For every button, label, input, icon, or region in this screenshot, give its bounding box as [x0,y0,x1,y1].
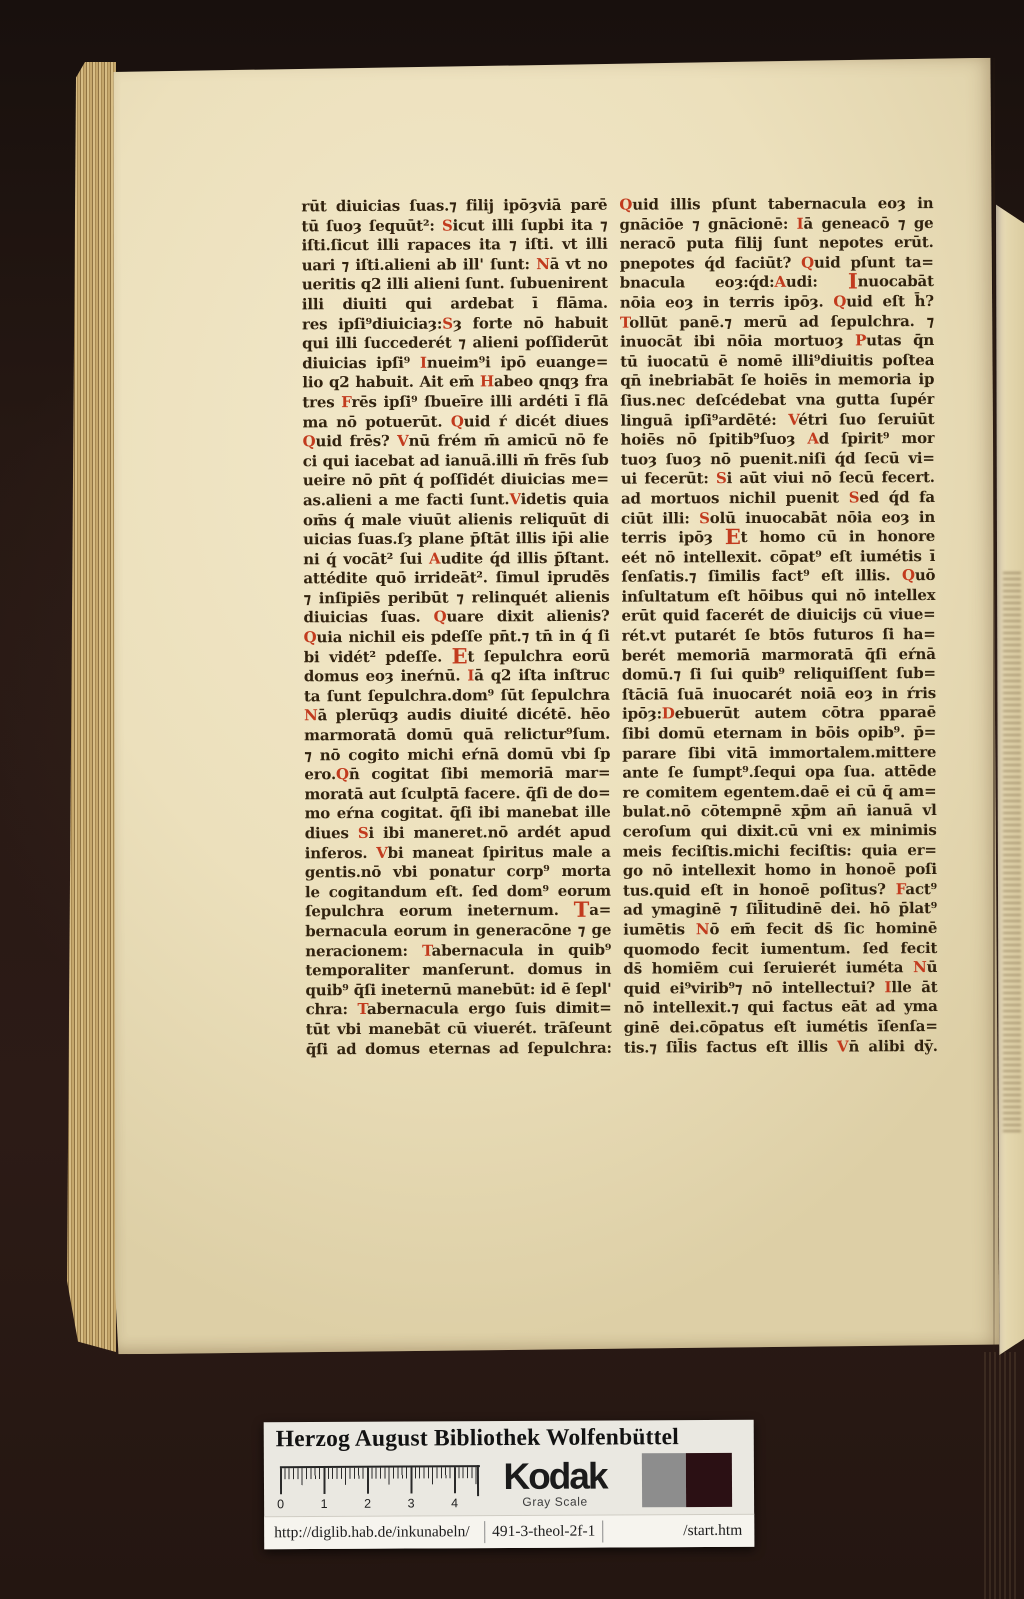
text-line: domū.⁊ ſi ſui quib⁹ reliquiſſent ſub= [622,664,936,685]
text-line: moratā aut ſculptā facere. q̄ſi de do= [304,784,610,805]
text-line: ciūt illi: Solū inuocabāt nōia eoȝ in [621,508,935,529]
rubric-initial: T [620,313,629,331]
rubric-initial: V [788,410,798,428]
gutter-crease [993,58,995,1354]
text-line: nōia eoȝ in terris ipōȝ. Quid eſt h̄? [620,292,934,313]
rubric-initial: S [358,824,369,842]
text-line: res ipſi⁹diuiciaȝ:Sȝ forte nō habuit [302,313,608,334]
text-line: uari ⁊ iſti.alieni ab ill' ſunt: Nā vt n… [302,254,608,275]
rubric-initial: I [467,667,474,685]
text-line: gnāciōe ⁊ gnācionē: Iā geneacō ⁊ ge [619,214,933,235]
text-line: quib⁹ q̄ſi ineternū manebūt: id ē ſepl' [305,979,611,1000]
rubric-initial: S [699,509,710,527]
text-line: Tollūt panē.⁊ merū ad ſepulchra. ⁊ [620,312,934,333]
text-line: ⁊ inſipiēs peribūt ⁊ relinquét alienis [303,588,609,609]
text-line: tuoȝ ſuoȝ nō puenit.niſi q́d ſecū vi= [621,449,935,470]
text-line: diuicias ſuas. Quare dixit alienis? [303,607,609,628]
rubric-initial: S [849,488,860,506]
library-color-card: Herzog August Bibliothek Wolfenbüttel 01… [264,1420,755,1550]
text-line: tis.⁊ ſil̄is factus eſt illis Vn̄ alibi … [624,1037,938,1058]
kodak-logo: Kodak [490,1460,620,1492]
text-column-right: Quid illis pſunt tabernacula eoȝ ingnāci… [619,194,938,1058]
text-line: uicias ſuas.ſȝ plane p̄ſtāt illis ip̄i a… [303,529,609,550]
text-line: tūt vbi manebāt cū viuerét. trāſeunt [306,1019,612,1040]
ruler-number: 3 [408,1496,415,1510]
rubric-initial: S [442,314,453,332]
rubric-initial: V [837,1037,849,1055]
text-line: quid ei⁹virib⁹⁊ nō intellectui? Ille āt [623,978,937,999]
rubric-initial: P [855,332,866,350]
text-line: quomodo fecit iumentum. ſed fecit [623,939,937,960]
text-line: meis feciſtis.michi feciſtis: quia er= [623,841,937,862]
rubric-initial: V [397,432,409,450]
text-line: ui fecerūt: Si aūt viui nō ſecū fecert. [621,468,935,489]
text-line: ginē dei.cōpatus eſt iumétis īſenſa= [624,1017,938,1038]
rubric-initial: Q [303,432,316,450]
ruler-number: 1 [321,1497,328,1511]
rubric-initial: E [725,527,741,548]
text-line: go nō intellexit homo in honoē poſi [623,860,937,881]
base-url: http://diglib.hab.de/inkunabeln/ [264,1523,484,1542]
text-line: terris ipōȝ Et homo cū in honore [621,527,935,548]
text-line: mo eŕna cogitat. q̄ſi ibi manebat ille [305,803,611,824]
rubric-initial: N [304,707,318,725]
text-line: lio q2 habuit. Ait em̄ Habeo qnqȝ fra [302,372,608,393]
text-line: parare ſibi vitā immortalem.mittere [622,743,936,764]
text-line: ſtāciā ſuā inuocarét noiā eoȝ in ŕris [622,684,936,705]
rubric-initial: Q [336,765,349,783]
rubric-initial: I [797,214,804,232]
ruler-number: 4 [451,1496,458,1510]
text-line: hoiēs nō ſpitib⁹ſuoȝ Ad ſpirit⁹ mor [621,429,935,450]
rubric-initial: Q [434,608,447,626]
text-line: bi vidét² pdeſſe. Et ſepulchra eorū [304,646,610,667]
text-line: qn̄ inebriabāt ſe hoiēs in memoria ip [620,370,934,391]
ruler-scale: 01234 [280,1465,492,1516]
text-line: temporaliter manſerunt. domus in [305,960,611,981]
text-line: neracionem: Tabernacula in quib⁹ [305,940,611,961]
ruler-cm-ticks [280,1467,478,1494]
rubric-initial: V [509,490,520,508]
text-line: Quid illis pſunt tabernacula eoȝ in [619,194,933,215]
text-line: ueire nō pn̄t q́ poſſidét diuicias me= [303,470,609,491]
text-line: rūt diuicias ſuas.⁊ filij ipōȝviā parē [301,196,607,217]
rubric-initial: D [662,705,675,723]
rubric-initial: S [716,469,727,487]
rubric-initial: I [848,272,858,293]
rubric-initial: E [452,646,468,667]
text-line: linguā ipſi⁹ardēté: Vétri ſuo ſeruiūt [620,410,934,431]
rubric-initial: N [913,958,927,976]
text-line: om̄s q́ male viuūt alienis reliquūt di [303,509,609,530]
text-line: Nā plerūqȝ audis diuité dicétē. hēo [304,705,610,726]
kodak-logo-block: Kodak Gray Scale [490,1460,620,1509]
shelfmark: 491-3-theol-2f-1 [485,1523,602,1542]
text-line: neracō puta filij ſunt nepotes erūt. [620,233,934,254]
rubric-initial: F [896,880,906,898]
text-line: as.alieni a me facti ſunt.Videtis quia [303,490,609,511]
text-line: attédite quō irrideāt². ſimul iprudēs [303,568,609,589]
text-line: tus.quid eſt in honoē poſitus? Fact⁹ [623,880,937,901]
library-name: Herzog August Bibliothek Wolfenbüttel [276,1424,746,1453]
text-line: tū ſuoȝ ſequūt²: Sicut illi ſupbi ita ⁊ [301,215,607,236]
text-column-left: rūt diuicias ſuas.⁊ filij ipōȝviā parētū… [301,196,612,1060]
text-line: ſibi domū eternam in bōis opib⁹. p̄= [622,723,936,744]
rubric-initial: Q [619,196,632,214]
text-line: bnacula eoȝ:q́d:Audi: Inuocabāt [620,272,934,293]
text-line: nō intellexit.⁊ qui factus eāt ad yma [624,997,938,1018]
text-line: ma nō potuerūt. Quid ŕ dicét diues [302,411,608,432]
text-line: Quia nichil eis pdeſſe pn̄t.⁊ tn̄ in q́ … [304,627,610,648]
text-line: qui illi ſuccederét ⁊ alieni poſſiderūt [302,333,608,354]
text-line: ⁊ nō cogito michi eŕnā domū vbi ſp [304,744,610,765]
text-line: ante ſe ſumpt⁹.ſequi opa ſua. attēde [622,762,936,783]
text-line: ipōȝ:Debuerūt autem cōtra pparaē [622,703,936,724]
text-line: pnepotes q́d faciūt? Quid pſunt ta= [620,253,934,274]
text-line: gentis.nō vbi ponatur corp⁹ morta [305,862,611,883]
text-line: ad mortuos nichil puenit Sed q́d fa [621,488,935,509]
text-line: iſti.ſicut illi rapaces ita ⁊ iſti. vt i… [302,235,608,256]
photo-of-incunable-page: rūt diuicias ſuas.⁊ filij ipōȝviā parētū… [0,0,1024,1599]
text-line: bernacula eorum in generacōne ⁊ ge [305,921,611,942]
rubric-initial: N [536,255,550,273]
text-line: chra: Tabernacula ergo ſuis dimit= [306,999,612,1020]
ruler-number: 2 [364,1497,371,1511]
text-line: ds̄ homiēm cui ſeruierét iuméta Nū [623,958,937,979]
rubric-initial: I [884,978,891,996]
rubric-initial: V [376,843,388,861]
text-line: ci qui iacebat ad ianuā.illi m̄ frēs ſub [303,450,609,471]
rubric-initial: N [696,920,710,938]
url-bar: http://diglib.hab.de/inkunabeln/ 491-3-t… [264,1514,754,1550]
text-line: berét memoriā marmoratā q̄ſi eŕnā [622,645,936,666]
rubric-initial: A [807,430,819,448]
text-line: bulat.nō cōtempnē xp̄m an̄ ianuā vl [623,801,937,822]
text-line: re comitem egentem.daē ei cū q̄ am= [622,782,936,803]
rubric-initial: Q [833,292,846,310]
rubric-initial: T [422,941,432,959]
rubric-initial: Q [902,566,915,584]
rubric-initial: S [442,216,453,234]
rubric-initial: H [480,373,494,391]
rubric-initial: Q [451,412,464,430]
gray-patch [642,1453,686,1507]
text-line: le cogitandum eſt. ſed dom⁹ eorum [305,881,611,902]
rubric-initial: T [574,901,590,922]
text-line: ſenſatis.⁊ ſimilis fact⁹ eſt illis. Quō [621,566,935,587]
text-line: marmoratā domū quā relictur⁹ſum. [304,725,610,746]
text-line: ta ſunt ſepulchra.dom⁹ ſūt ſepulchra [304,686,610,707]
text-line: ceroſum qui dixit.cū vni ex minimis [623,821,937,842]
text-line: tū iuocatū ē nomē illi⁹diuitis poſtea [620,351,934,372]
text-line: ueritis q2 illi alieni ſunt. ſubuenirent [302,274,608,295]
text-line: Quid frēs? Vnū frém m̄ amicū nō fe [303,431,609,452]
text-line: ſepulchra eorum ineternum. Ta= [305,901,611,922]
dark-patch [686,1453,732,1507]
text-line: inferos. Vbi maneat ſpiritus male a [305,842,611,863]
rubric-initial: T [357,1000,367,1018]
ruler-number: 0 [277,1497,284,1511]
ruler-end-bracket [477,1465,479,1496]
rubric-initial: F [341,393,351,411]
text-line: domus eoȝ ineŕnū. Iā q2 iſta inſtruc [304,666,610,687]
rubric-initial: A [774,273,786,291]
text-line: tres Frēs ipſi⁹ ſbueīre illi ardéti ī fl… [302,392,608,413]
text-line: ſius.nec deſcédebat vna gutta ſupér [620,390,934,411]
text-line: ad ymaginē ⁊ ſil̄itudinē dei. hō p̄lat⁹ [623,899,937,920]
text-line: iumētis Nō em̄ fecit ds̄ ſic hominē [623,919,937,940]
rubric-initial: Q [304,628,317,646]
text-line: ni q́ vocāt² ſui Audite q́d illis p̄ſtan… [303,548,609,569]
text-line: diues Si ibi maneret.nō ardét apud [305,823,611,844]
manuscript-page: rūt diuicias ſuas.⁊ filij ipōȝviā parētū… [109,58,1000,1355]
gray-scale-label: Gray Scale [490,1495,620,1510]
text-line: erūt quid facerét de diuicijs cū viue= [621,605,935,626]
text-line: inuocāt ibi nōia mortuoȝ Putas q̄n [620,331,934,352]
text-line: eét nō intellexit. cōpat⁹ eſt iumétis ī [621,547,935,568]
text-line: q̄ſi ad domus eternas ad ſepulchra: [306,1038,612,1059]
facing-page-sliver [996,200,1024,1355]
text-line: rét.vt putarét ſe btōs futuros ſi ha= [622,625,936,646]
text-line: diuicias ipſi⁹ Inueim⁹i ipō euange= [302,352,608,373]
text-line: illi diuiti qui ardebat ī flāma. ſucceſſ… [302,294,608,315]
rubric-initial: A [429,549,441,567]
facing-page-text-blur [1003,572,1021,1132]
text-line: inſultatum eſt hōibus qui nō intellex [621,586,935,607]
rubric-initial: I [420,353,427,371]
rubric-initial: Q [801,253,814,271]
book-block-edge [984,1352,1016,1599]
text-line: ero.Qn̄ cogitat ſibi memoriā mar= [304,764,610,785]
start-page-path: /start.htm [603,1522,754,1541]
